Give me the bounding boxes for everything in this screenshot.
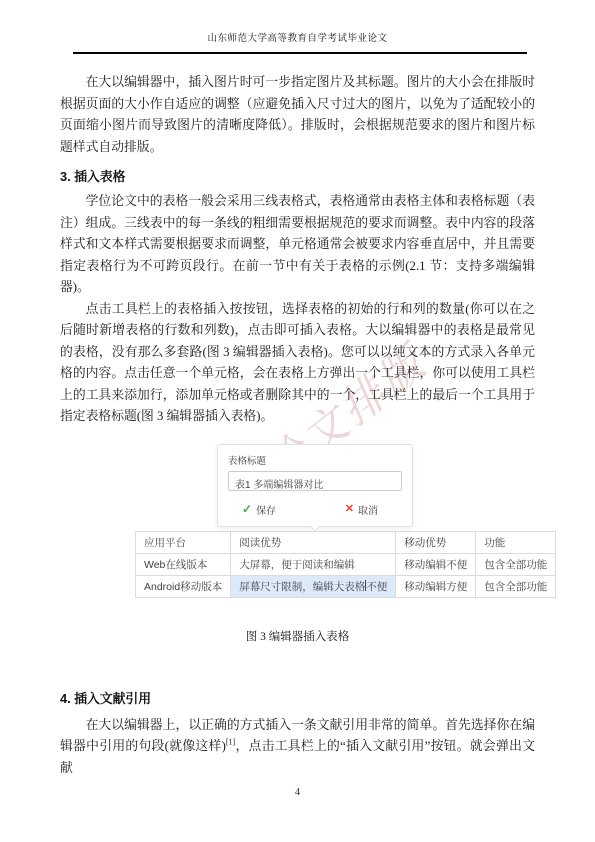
paragraph-intro: 在大以编辑器中，插入图片时可一步指定图片及其标题。图片的大小会在排版时根据页面的… xyxy=(60,72,535,158)
table-header-row: 应用平台 阅读优势 移动优势 功能 xyxy=(136,531,556,553)
page-header: 山东师范大学高等教育自学考试毕业论文 xyxy=(60,30,535,54)
section3-paragraph-1: 学位论文中的表格一般会采用三线表格式，表格通常由表格主体和表格标题（表注）组成。… xyxy=(60,191,535,299)
table-caption-popup: 表格标题 表1 多端编辑器对比 ✓ 保存 ✕ 取消 xyxy=(217,444,413,527)
table-header-cell: 应用平台 xyxy=(136,531,231,553)
table-cell: Web在线版本 xyxy=(136,553,231,575)
section4-heading: 4. 插入文献引用 xyxy=(60,688,535,707)
cancel-button[interactable]: ✕ 取消 xyxy=(345,502,378,517)
citation-superscript: [1] xyxy=(226,738,235,747)
table-header-cell: 阅读优势 xyxy=(231,531,396,553)
header-title: 山东师范大学高等教育自学考试毕业论文 xyxy=(60,30,535,44)
figure-caption: 图 3 编辑器插入表格 xyxy=(60,628,535,644)
table-cell: Android移动版本 xyxy=(136,575,231,597)
table-cell: 大屏幕，便于阅读和编辑 xyxy=(231,553,396,575)
selected-editing-cell[interactable]: 屏幕尺寸限制，编辑大表格不便 xyxy=(231,575,396,597)
table-cell: 包含全部功能 xyxy=(476,575,556,597)
page-number: 4 xyxy=(0,787,595,798)
table-caption-input[interactable]: 表1 多端编辑器对比 xyxy=(228,471,402,491)
save-button[interactable]: ✓ 保存 xyxy=(242,502,276,517)
save-label: 保存 xyxy=(256,502,276,517)
cancel-label: 取消 xyxy=(358,502,378,517)
table-cell: 移动编辑不便 xyxy=(396,553,476,575)
popup-actions: ✓ 保存 ✕ 取消 xyxy=(228,502,402,517)
x-icon: ✕ xyxy=(345,504,354,515)
table-row: Web在线版本 大屏幕，便于阅读和编辑 移动编辑不便 包含全部功能 xyxy=(136,553,556,575)
table-cell: 移动编辑方便 xyxy=(396,575,476,597)
document-page: 论文排版 山东师范大学高等教育自学考试毕业论文 在大以编辑器中，插入图片时可一步… xyxy=(0,0,595,842)
cell-text: 屏幕尺寸限制，编辑大表格 xyxy=(239,581,365,593)
check-icon: ✓ xyxy=(242,503,252,515)
section3-heading: 3. 插入表格 xyxy=(60,166,535,185)
header-rule xyxy=(73,52,527,54)
figure-editor-insert-table: 表格标题 表1 多端编辑器对比 ✓ 保存 ✕ 取消 应用平 xyxy=(60,444,535,598)
table-row: Android移动版本 屏幕尺寸限制，编辑大表格不便 移动编辑方便 包含全部功能 xyxy=(136,575,556,597)
section4-paragraph-1: 在大以编辑器上，以正确的方式插入一条文献引用非常的简单。首先选择你在编辑器中引用… xyxy=(60,715,535,780)
table-caption-label: 表格标题 xyxy=(228,453,402,467)
table-header-cell: 移动优势 xyxy=(396,531,476,553)
table-cell: 包含全部功能 xyxy=(476,553,556,575)
editor-comparison-table: 应用平台 阅读优势 移动优势 功能 Web在线版本 大屏幕，便于阅读和编辑 移动… xyxy=(135,531,556,598)
cell-text: 不便 xyxy=(366,581,387,593)
section3-paragraph-2: 点击工具栏上的表格插入按按钮，选择表格的初始的行和列的数量(你可以在之后随时新增… xyxy=(60,299,535,428)
table-header-cell: 功能 xyxy=(476,531,556,553)
